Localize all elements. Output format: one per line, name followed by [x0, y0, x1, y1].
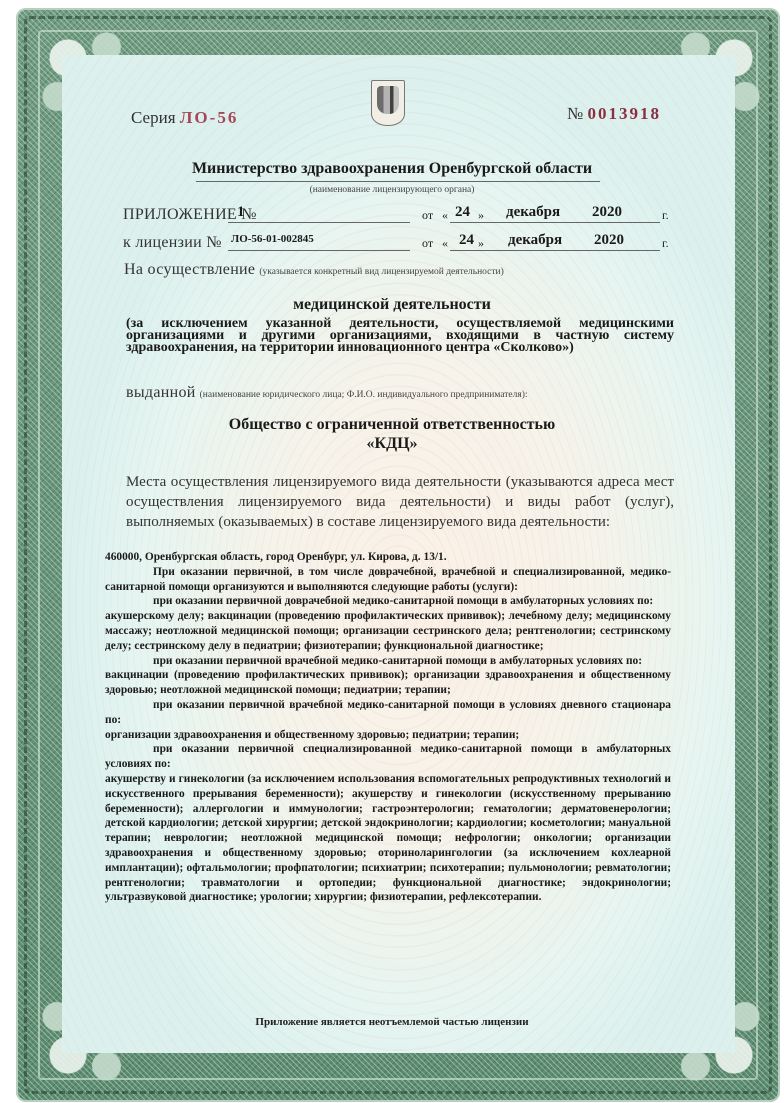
address: 460000, Оренбургская область, город Орен…: [105, 550, 671, 565]
appendix-number: 1: [237, 204, 245, 221]
issued-row: выданной (наименование юридического лица…: [126, 384, 528, 402]
services-paragraph: при оказании первичной врачебной медико-…: [105, 698, 671, 728]
issued-caption: (наименование юридического лица; Ф.И.О. …: [200, 390, 528, 400]
quote-open: «: [442, 208, 448, 223]
series-label: Серия: [131, 108, 176, 127]
issued-label: выданной: [126, 384, 196, 401]
services-paragraph: акушерству и гинекологии (за исключением…: [105, 772, 671, 905]
series: Серия ЛО-56: [131, 108, 238, 128]
appendix-day: 24: [455, 204, 470, 221]
services-paragraph: организации здравоохранения и общественн…: [105, 728, 671, 743]
quote-close: »: [478, 236, 484, 251]
license-number: ЛО-56-01-002845: [231, 233, 314, 245]
activity-note: (за исключением указанной деятельности, …: [126, 318, 674, 354]
number-label: №: [567, 104, 583, 123]
appendix-month: декабря: [506, 204, 560, 221]
authority-caption: (наименование лицензирующего органа): [0, 185, 784, 195]
license-month: декабря: [508, 232, 562, 249]
services-paragraph: при оказании первичной доврачебной медик…: [105, 594, 671, 609]
license-year: 2020: [594, 232, 624, 249]
organization-line-1: Общество с ограниченной ответственностью: [0, 415, 784, 434]
divider: [196, 181, 600, 182]
appendix-year-suffix: г.: [662, 208, 669, 223]
divider: [228, 250, 410, 251]
quote-open: «: [442, 236, 448, 251]
divider: [450, 222, 660, 223]
activity-caption: (указывается конкретный вид лицензируемо…: [259, 267, 503, 277]
services-list: 460000, Оренбургская область, город Орен…: [105, 550, 671, 905]
form-number: № 0013918: [567, 104, 661, 124]
services-paragraph: при оказании первичной врачебной медико-…: [105, 654, 671, 669]
services-paragraph: при оказании первичной специализированно…: [105, 742, 671, 772]
series-value: ЛО-56: [180, 108, 239, 127]
services-paragraph: При оказании первичной, в том числе довр…: [105, 565, 671, 595]
footer-note: Приложение является неотъемлемой частью …: [0, 1016, 784, 1028]
organization-line-2: «КДЦ»: [0, 434, 784, 453]
appendix-year: 2020: [592, 204, 622, 221]
divider: [450, 250, 660, 251]
coat-of-arms-icon: [371, 80, 405, 126]
authority-name: Министерство здравоохранения Оренбургско…: [0, 160, 784, 178]
activity-label: На осуществление: [124, 261, 255, 278]
license-from-label: от: [422, 236, 433, 251]
activity-title: медицинской деятельности: [0, 296, 784, 314]
services-paragraph: акушерскому делу; вакцинации (проведению…: [105, 609, 671, 653]
number-value: 0013918: [587, 104, 661, 123]
services-paragraph: вакцинации (проведению профилактических …: [105, 668, 671, 698]
divider: [228, 222, 410, 223]
places-description: Места осуществления лицензируемого вида …: [126, 472, 674, 532]
license-label: к лицензии №: [123, 234, 222, 252]
activity-row: На осуществление (указывается конкретный…: [124, 261, 504, 279]
license-day: 24: [459, 232, 474, 249]
license-year-suffix: г.: [662, 236, 669, 251]
organization-name: Общество с ограниченной ответственностью…: [0, 415, 784, 453]
appendix-from-label: от: [422, 208, 433, 223]
quote-close: »: [478, 208, 484, 223]
